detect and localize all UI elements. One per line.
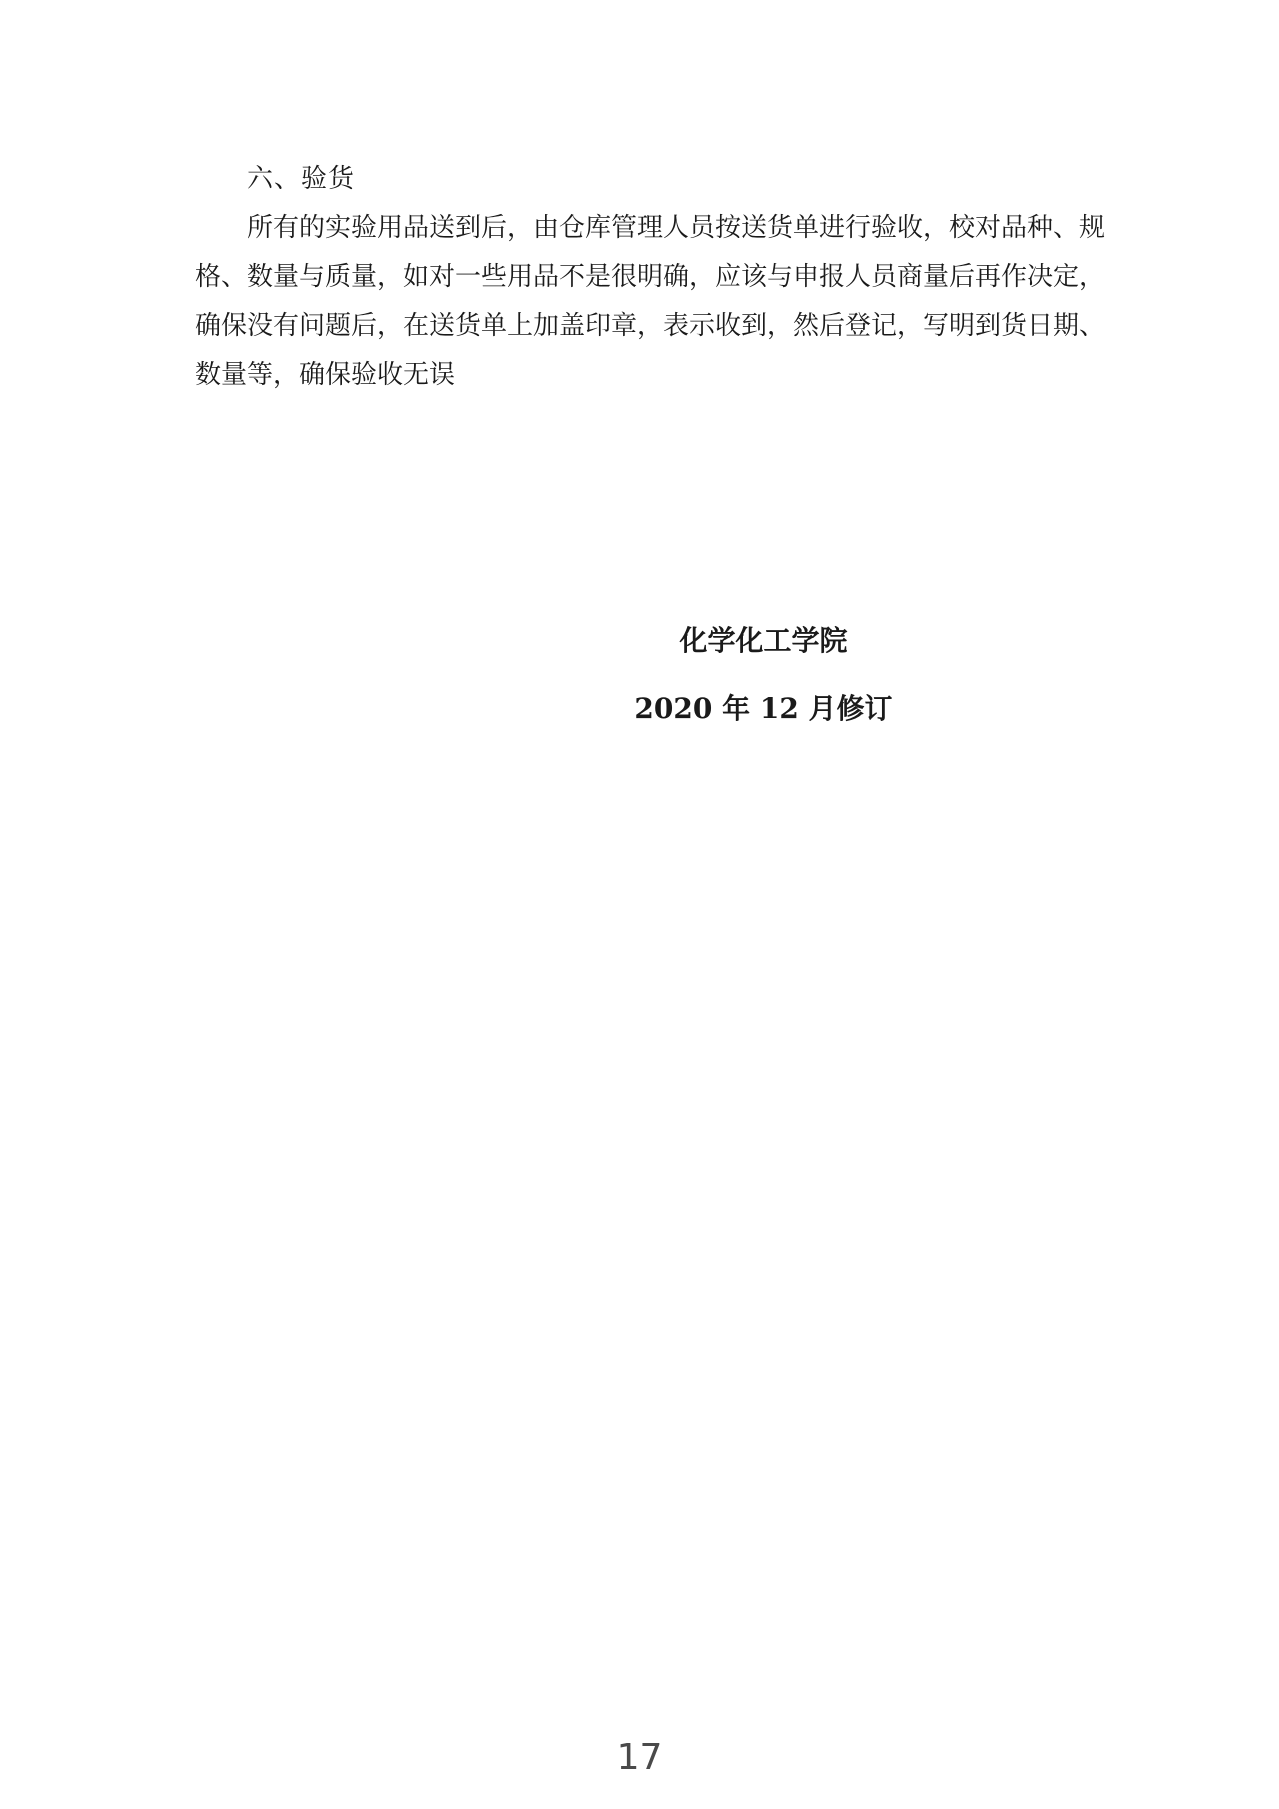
paragraph-line: 数量等，确保验收无误: [195, 351, 1095, 400]
paragraph-line: 格、数量与质量，如对一些用品不是很明确，应该与申报人员商量后再作决定，: [195, 253, 1095, 302]
signature-revision-date: 2020 年 12 月修订: [248, 675, 1279, 743]
document-page: 六、验货 所有的实验用品送到后，由仓库管理人员按送货单进行验收，校对品种、规 格…: [0, 0, 1279, 1809]
section-heading: 六、验货: [195, 155, 1095, 204]
paragraph: 所有的实验用品送到后，由仓库管理人员按送货单进行验收，校对品种、规 格、数量与质…: [195, 204, 1095, 400]
page-footer: 17: [0, 1738, 1279, 1778]
page-number: 17: [617, 1737, 663, 1778]
paragraph-line: 所有的实验用品送到后，由仓库管理人员按送货单进行验收，校对品种、规: [195, 204, 1095, 253]
signature-organization: 化学化工学院: [248, 607, 1279, 675]
paragraph-line: 确保没有问题后，在送货单上加盖印章，表示收到，然后登记，写明到货日期、: [195, 302, 1095, 351]
document-body: 六、验货 所有的实验用品送到后，由仓库管理人员按送货单进行验收，校对品种、规 格…: [195, 155, 1095, 400]
signature-block: 化学化工学院 2020 年 12 月修订: [248, 607, 1279, 743]
